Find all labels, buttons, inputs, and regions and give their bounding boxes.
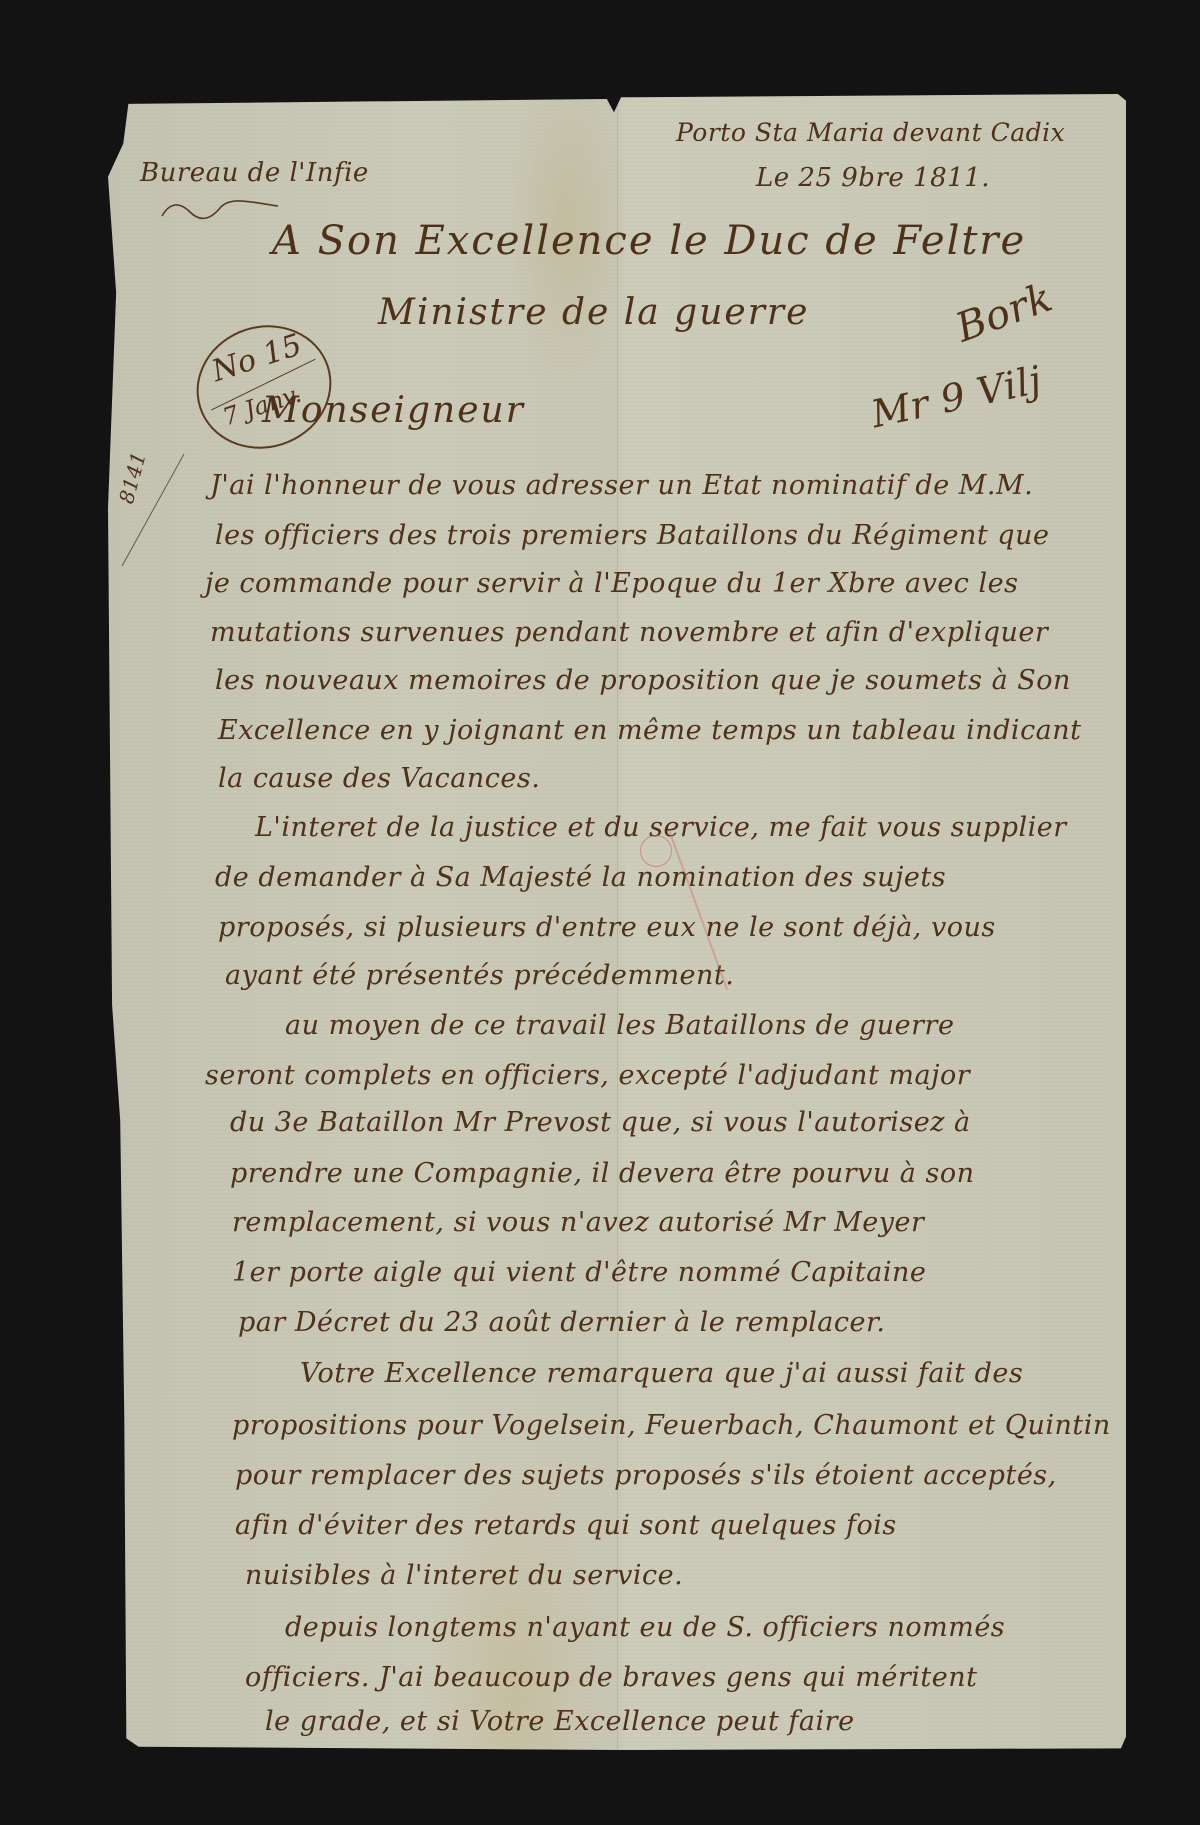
body-line: pour remplacer des sujets proposés s'ils… <box>235 1460 1057 1491</box>
body-line: la cause des Vacances. <box>218 763 540 794</box>
body-line: par Décret du 23 août dernier à le rempl… <box>238 1307 885 1338</box>
red-ink-mark <box>640 835 672 867</box>
body-line: du 3e Bataillon Mr Prevost que, si vous … <box>230 1107 971 1138</box>
body-line: propositions pour Vogelsein, Feuerbach, … <box>232 1410 1111 1441</box>
body-line: de demander à Sa Majesté la nomination d… <box>215 862 946 893</box>
body-line: remplacement, si vous n'avez autorisé Mr… <box>232 1207 924 1238</box>
address-line-1: A Son Excellence le Duc de Feltre <box>272 218 1026 264</box>
margin-slash <box>118 450 188 570</box>
body-line: Excellence en y joignant en même temps u… <box>218 715 1082 746</box>
body-line: seront complets en officiers, excepté l'… <box>205 1060 970 1091</box>
body-line: mutations survenues pendant novembre et … <box>210 617 1048 648</box>
flourish-ornament <box>160 198 280 222</box>
body-line: au moyen de ce travail les Bataillons de… <box>285 1010 954 1041</box>
body-line: 1er porte aigle qui vient d'être nommé C… <box>232 1257 926 1288</box>
body-line: les nouveaux memoires de proposition que… <box>215 665 1071 696</box>
salutation: Monseigneur <box>262 390 525 431</box>
address-line-2: Ministre de la guerre <box>378 292 809 333</box>
body-line: prendre une Compagnie, il devera être po… <box>230 1158 974 1189</box>
body-line: je commande pour servir à l'Epoque du 1e… <box>205 568 1018 599</box>
body-line: nuisibles à l'interet du service. <box>245 1560 683 1591</box>
body-line: proposés, si plusieurs d'entre eux ne le… <box>218 912 996 943</box>
body-line: afin d'éviter des retards qui sont quelq… <box>235 1510 897 1541</box>
body-line: officiers. J'ai beaucoup de braves gens … <box>245 1662 977 1693</box>
place-line: Porto Sta Maria devant Cadix <box>676 118 1065 147</box>
body-line: ayant été présentés précédemment. <box>225 960 734 991</box>
body-line: le grade, et si Votre Excellence peut fa… <box>265 1706 855 1737</box>
body-line: depuis longtems n'ayant eu de S. officie… <box>285 1612 1005 1643</box>
body-line: Votre Excellence remarquera que j'ai aus… <box>300 1358 1023 1389</box>
bureau-label: Bureau de l'Infie <box>140 158 369 188</box>
date-line: Le 25 9bre 1811. <box>756 163 990 193</box>
body-line: les officiers des trois premiers Bataill… <box>215 520 1049 551</box>
body-line: J'ai l'honneur de vous adresser un Etat … <box>210 470 1033 501</box>
